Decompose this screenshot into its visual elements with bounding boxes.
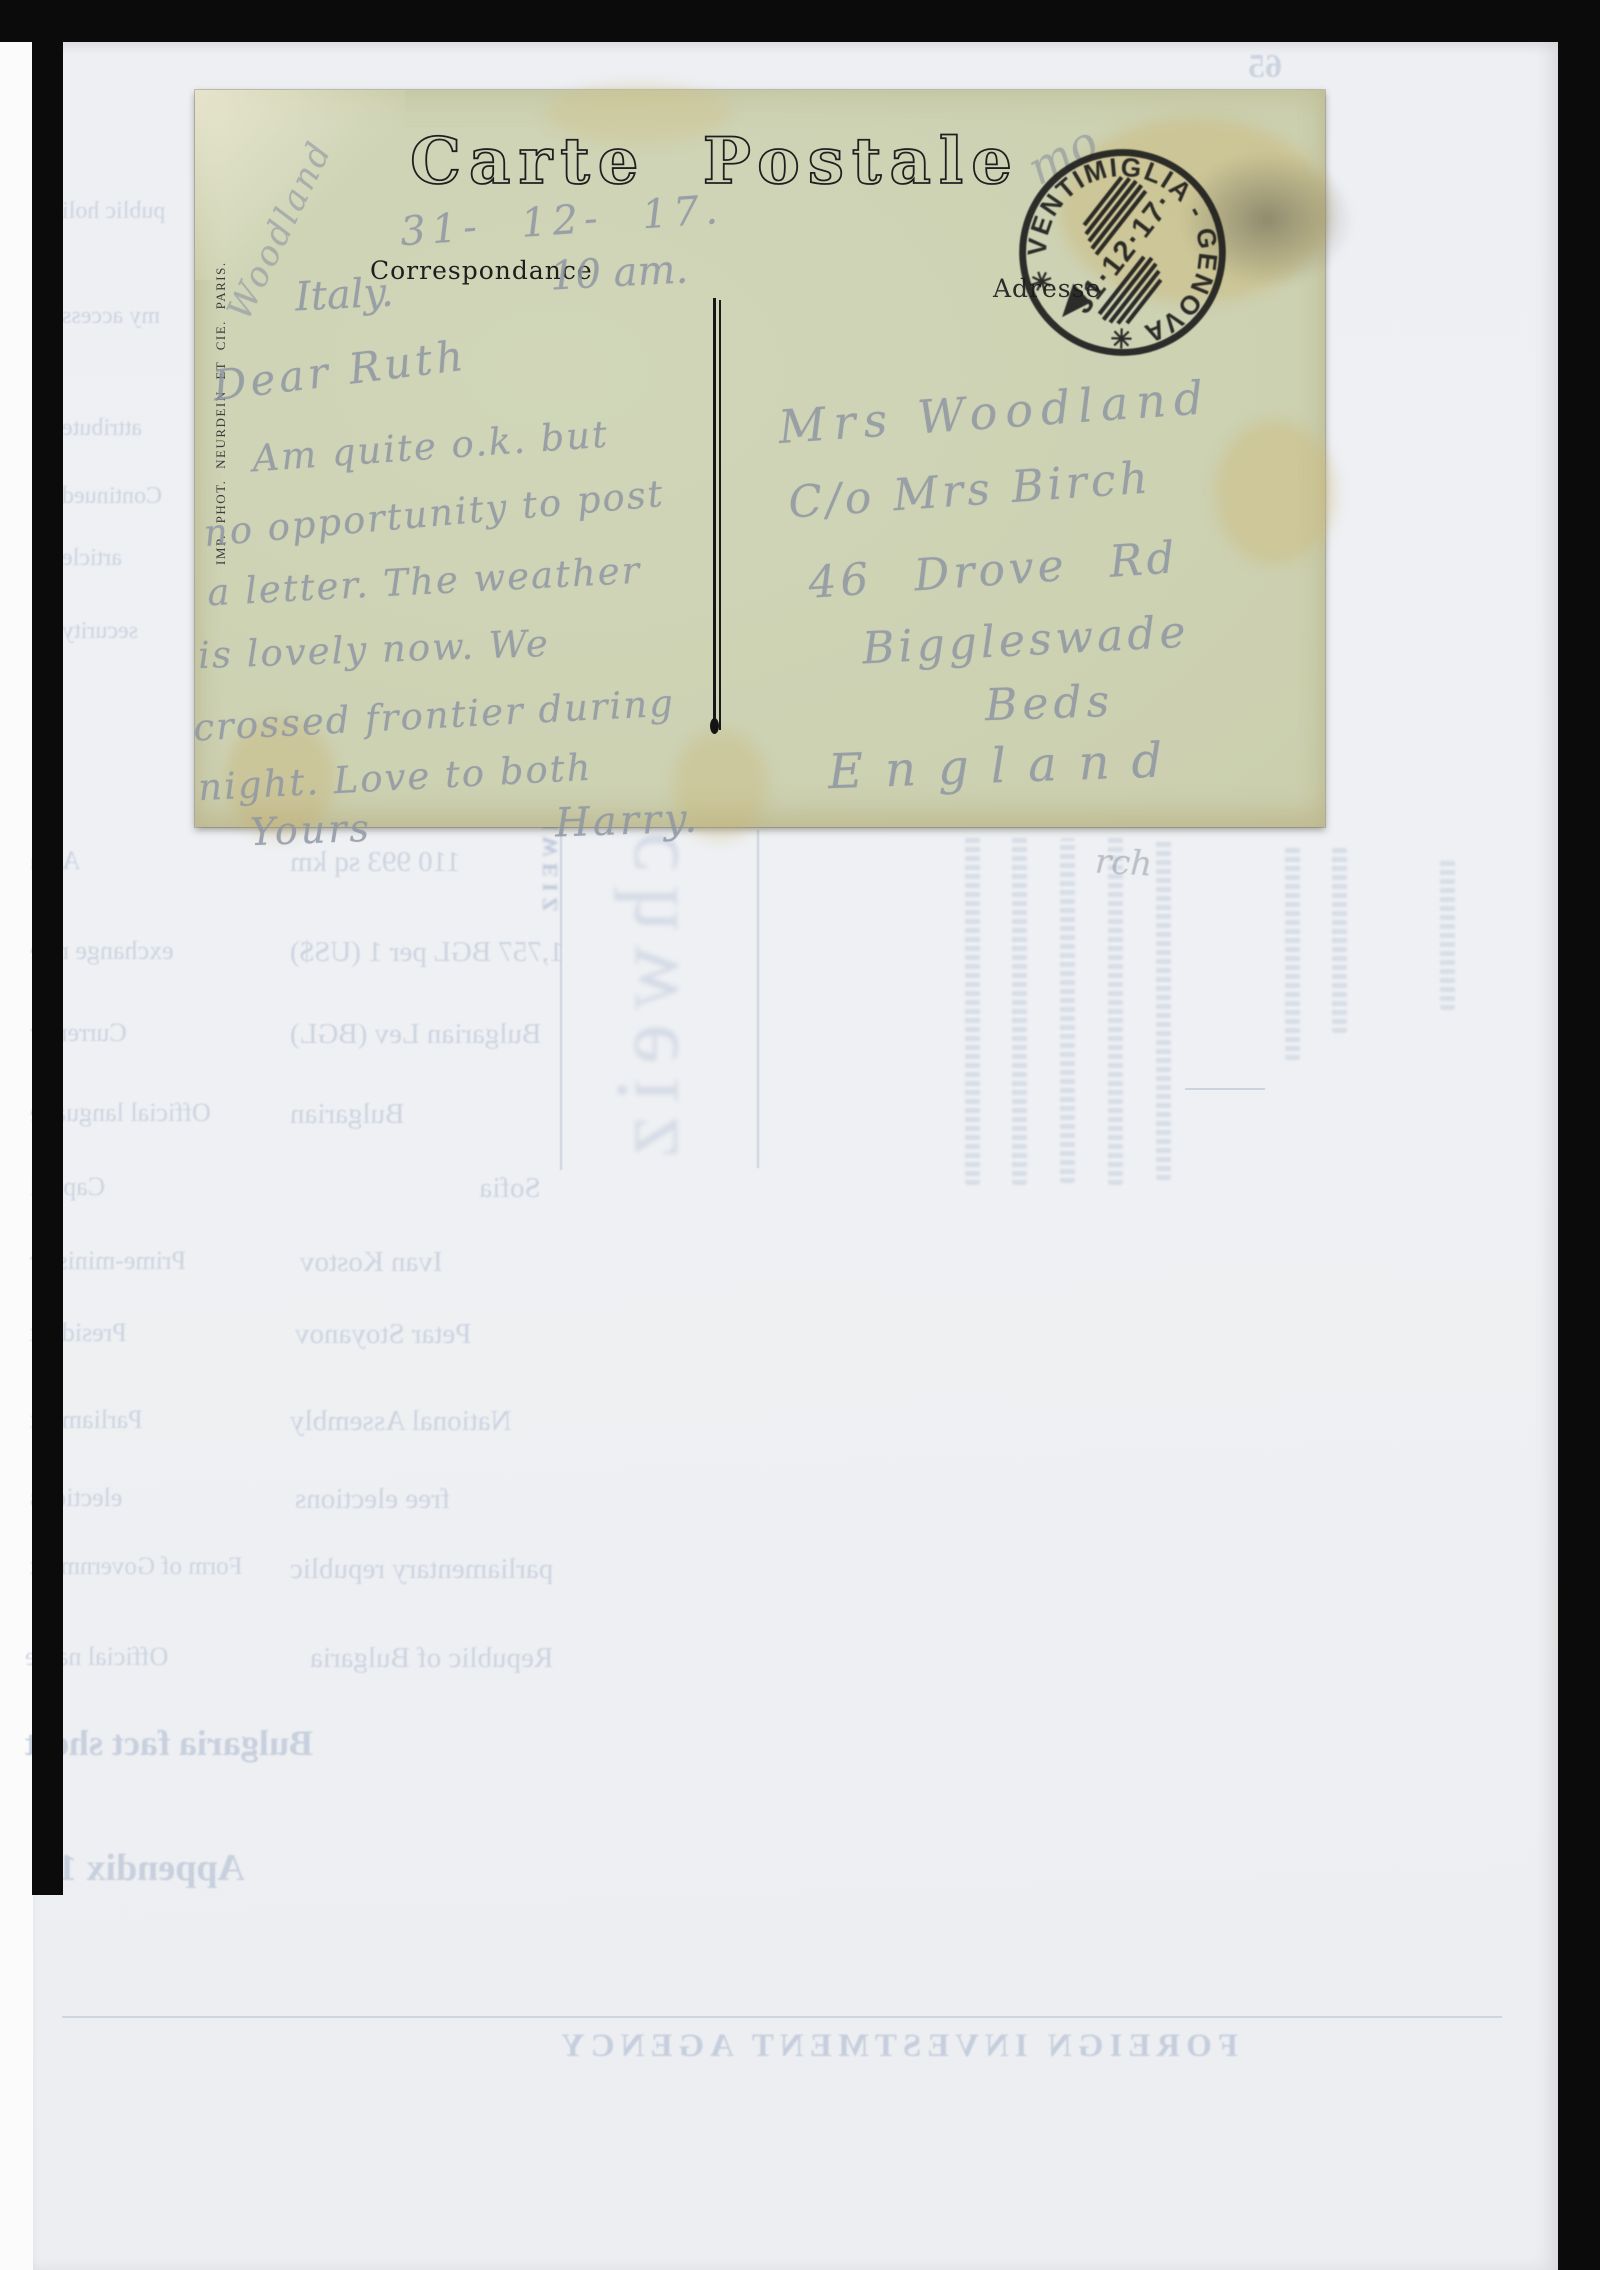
ghost-footer-agency: FOREIGN INVESTMENT AGENCY [555, 2028, 1290, 2065]
ghost-fragment: my access [62, 303, 192, 330]
ghost-text-column [1012, 835, 1027, 1185]
ghost-text-column [1156, 840, 1171, 1180]
address-line: Mrs Woodland [777, 370, 1213, 454]
ghost-page-number: 65 [1248, 48, 1308, 86]
ghost-row-label: exchange rate [30, 936, 260, 966]
ghost-row-label: Area [30, 846, 260, 876]
ghost-row-label: Prime-minister [30, 1246, 260, 1276]
address-line: C/o Mrs Birch [787, 452, 1154, 528]
scan-edge-left [32, 0, 63, 1895]
message-line: no opportunity to post [202, 472, 666, 555]
message-time: 10 am. [549, 246, 689, 299]
ghost-divider-line [560, 832, 562, 1170]
message-signature: Harry. [554, 795, 701, 846]
ghost-text-column [965, 835, 980, 1185]
ghost-fragment: public holi [62, 198, 192, 225]
ghost-fragment: Continued [62, 483, 192, 510]
ghost-fragment: article [62, 545, 192, 572]
postcard: Carte Postale Correspondance Adresse IMP… [195, 90, 1325, 827]
ghost-row-label: Capital [30, 1172, 260, 1202]
ink-transfer-mark: rch [1094, 842, 1153, 885]
ghost-footer-rule [62, 2016, 1502, 2018]
scanned-album-page: 65 public holi my access attribute Conti… [0, 0, 1600, 2270]
scan-edge-right [1558, 0, 1600, 2270]
address-line: Beds [984, 676, 1115, 731]
ghost-text-column [1332, 848, 1347, 1033]
message-line: crossed frontier during [192, 681, 676, 749]
scan-edge-top [0, 0, 1600, 42]
ghost-row-value: Bulgarian [290, 1098, 520, 1131]
ghost-row-value: National Assembly [290, 1405, 625, 1438]
address-line: 46 Drove Rd [807, 532, 1181, 609]
message-closing: Yours [249, 806, 372, 854]
message-salutation: Dear Ruth [210, 331, 470, 411]
ghost-dash [1185, 1088, 1265, 1090]
ghost-row-label: Parliament [30, 1405, 260, 1435]
ghost-fragment: attribute [62, 415, 192, 442]
ghost-heading-fact-sheet: Bulgaria fact sheet [25, 1722, 360, 1764]
ghost-row-label: Official language [30, 1098, 260, 1128]
ghost-row-value: Bulgarian Lev (BGL) [290, 1018, 635, 1051]
ghost-row-value: Ivan Kostov [300, 1246, 565, 1279]
ghost-row-label: Form of Government [30, 1553, 260, 1581]
ghost-fragment: security [62, 618, 192, 645]
ghost-heading-appendix: Appendix 1 [58, 1846, 288, 1890]
message-line: Am quite o.k. but [251, 413, 610, 481]
ghost-row-label: Currency [30, 1018, 260, 1048]
address-line: Biggleswade [861, 606, 1191, 674]
divider-rule [713, 298, 716, 726]
ghost-row-label: President [30, 1318, 260, 1348]
postmark-stamp: ✳ VENTIMIGLIA - GENOVA ✳ 31·12·17· [1005, 135, 1240, 370]
divider-blot [710, 718, 719, 734]
ghost-row-value: free elections [295, 1483, 590, 1516]
message-line: a letter. The weather [206, 549, 642, 615]
ghost-text-column [1285, 845, 1300, 1060]
stain [1215, 420, 1335, 565]
message-place: Italy. [294, 269, 395, 320]
ghost-vertical-large: Schweiz [596, 768, 699, 1578]
ghost-row-value: Republic of Bulgaria [310, 1642, 670, 1675]
ghost-row-value: Petar Stoyanov [295, 1318, 590, 1351]
ghost-text-column [1060, 838, 1075, 1183]
address-line: England [827, 732, 1185, 800]
ghost-row-label: elections [30, 1483, 260, 1513]
ghost-divider-line [757, 830, 759, 1168]
message-line: is lovely now. We [197, 622, 550, 677]
divider-rule [719, 300, 721, 730]
ghost-text-column [1440, 860, 1455, 1010]
ghost-text-column [1108, 835, 1123, 1185]
